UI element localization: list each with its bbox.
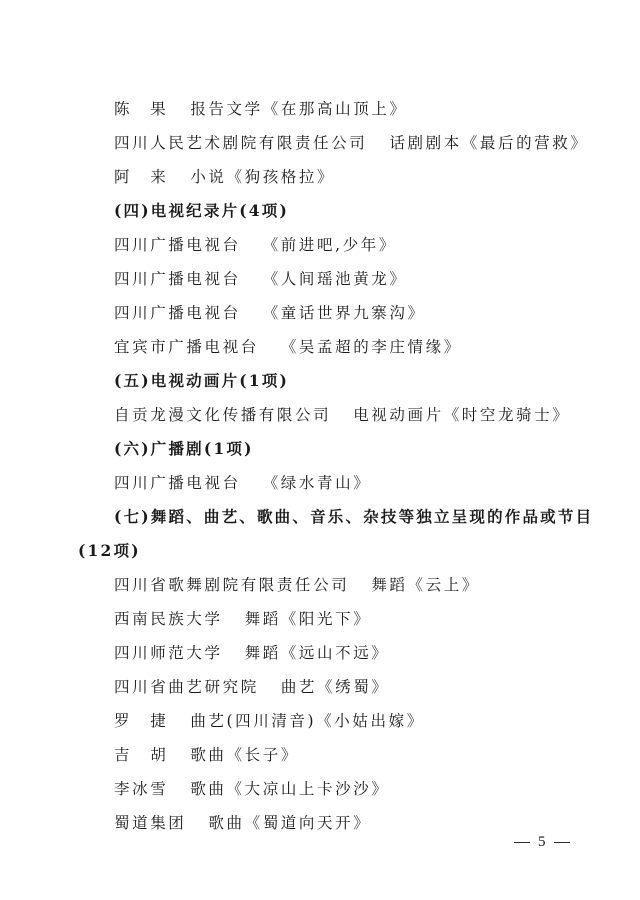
entry-author: 西南民族大学	[114, 610, 223, 628]
entry-author: 四川广播电视台	[114, 474, 241, 492]
entry-author: 李冰雪	[114, 780, 168, 798]
entry-work: 歌曲《大凉山上卡沙沙》	[190, 780, 389, 798]
entry-work: 舞蹈《远山不远》	[245, 644, 390, 662]
entry-work: 《绿水青山》	[263, 474, 372, 492]
entry-author: 四川省歌舞剧院有限责任公司	[114, 576, 349, 594]
list-item: 蜀道集团歌曲《蜀道向天开》	[78, 806, 578, 840]
entry-author: 四川省曲艺研究院	[114, 678, 259, 696]
entry-work: 报告文学《在那高山顶上》	[190, 100, 407, 118]
entry-work: 小说《狗孩格拉》	[190, 168, 335, 186]
list-item: 四川广播电视台《童话世界九寨沟》	[78, 296, 578, 330]
entry-work: 舞蹈《阳光下》	[245, 610, 372, 628]
entry-author: 自贡龙漫文化传播有限公司	[114, 406, 331, 424]
dash-right	[554, 842, 570, 844]
section-heading-performing-arts-count: (12项)	[78, 534, 578, 568]
page-number-value: 5	[538, 834, 546, 851]
entry-work: 《人间瑶池黄龙》	[263, 270, 408, 288]
list-item: 李冰雪歌曲《大凉山上卡沙沙》	[78, 772, 578, 806]
entry-author: 陈 果	[114, 100, 168, 118]
entry-work: 《童话世界九寨沟》	[263, 304, 426, 322]
list-item: 四川省歌舞剧院有限责任公司舞蹈《云上》	[78, 568, 578, 602]
list-item: 陈 果报告文学《在那高山顶上》	[78, 92, 578, 126]
entry-work: 曲艺(四川清音)《小姑出嫁》	[190, 712, 425, 730]
list-item: 自贡龙漫文化传播有限公司电视动画片《时空龙骑士》	[78, 398, 578, 432]
entry-work: 曲艺《绣蜀》	[281, 678, 390, 696]
list-item: 四川广播电视台《人间瑶池黄龙》	[78, 262, 578, 296]
list-item: 四川师范大学舞蹈《远山不远》	[78, 636, 578, 670]
list-item: 四川人民艺术剧院有限责任公司话剧剧本《最后的营救》	[78, 126, 578, 160]
section-heading-tv-documentary: (四)电视纪录片(4项)	[78, 194, 578, 228]
entry-author: 罗 捷	[114, 712, 168, 730]
entry-author: 宜宾市广播电视台	[114, 338, 259, 356]
list-item: 罗 捷曲艺(四川清音)《小姑出嫁》	[78, 704, 578, 738]
list-item: 宜宾市广播电视台《吴孟超的李庄情缘》	[78, 330, 578, 364]
list-item: 四川广播电视台《绿水青山》	[78, 466, 578, 500]
entry-author: 四川人民艺术剧院有限责任公司	[114, 134, 367, 152]
entry-work: 歌曲《蜀道向天开》	[208, 814, 371, 832]
entry-work: 《吴孟超的李庄情缘》	[281, 338, 462, 356]
entry-author: 四川广播电视台	[114, 236, 241, 254]
entry-author: 吉 胡	[114, 746, 168, 764]
entry-work: 《前进吧,少年》	[263, 236, 397, 254]
entry-author: 蜀道集团	[114, 814, 186, 832]
entry-author: 四川师范大学	[114, 644, 223, 662]
list-item: 西南民族大学舞蹈《阳光下》	[78, 602, 578, 636]
entry-author: 四川广播电视台	[114, 270, 241, 288]
section-heading-performing-arts: (七)舞蹈、曲艺、歌曲、音乐、杂技等独立呈现的作品或节目	[78, 500, 578, 534]
list-item: 四川广播电视台《前进吧,少年》	[78, 228, 578, 262]
entry-work: 舞蹈《云上》	[371, 576, 480, 594]
section-heading-tv-animation: (五)电视动画片(1项)	[78, 364, 578, 398]
document-page: 陈 果报告文学《在那高山顶上》 四川人民艺术剧院有限责任公司话剧剧本《最后的营救…	[78, 92, 578, 840]
entry-work: 电视动画片《时空龙骑士》	[353, 406, 570, 424]
list-item: 吉 胡歌曲《长子》	[78, 738, 578, 772]
list-item: 阿 来小说《狗孩格拉》	[78, 160, 578, 194]
section-heading-radio-drama: (六)广播剧(1项)	[78, 432, 578, 466]
entry-work: 歌曲《长子》	[190, 746, 299, 764]
entry-work: 话剧剧本《最后的营救》	[389, 134, 588, 152]
entry-author: 四川广播电视台	[114, 304, 241, 322]
entry-author: 阿 来	[114, 168, 168, 186]
dash-left	[514, 842, 530, 844]
page-number: 5	[514, 834, 570, 851]
list-item: 四川省曲艺研究院曲艺《绣蜀》	[78, 670, 578, 704]
